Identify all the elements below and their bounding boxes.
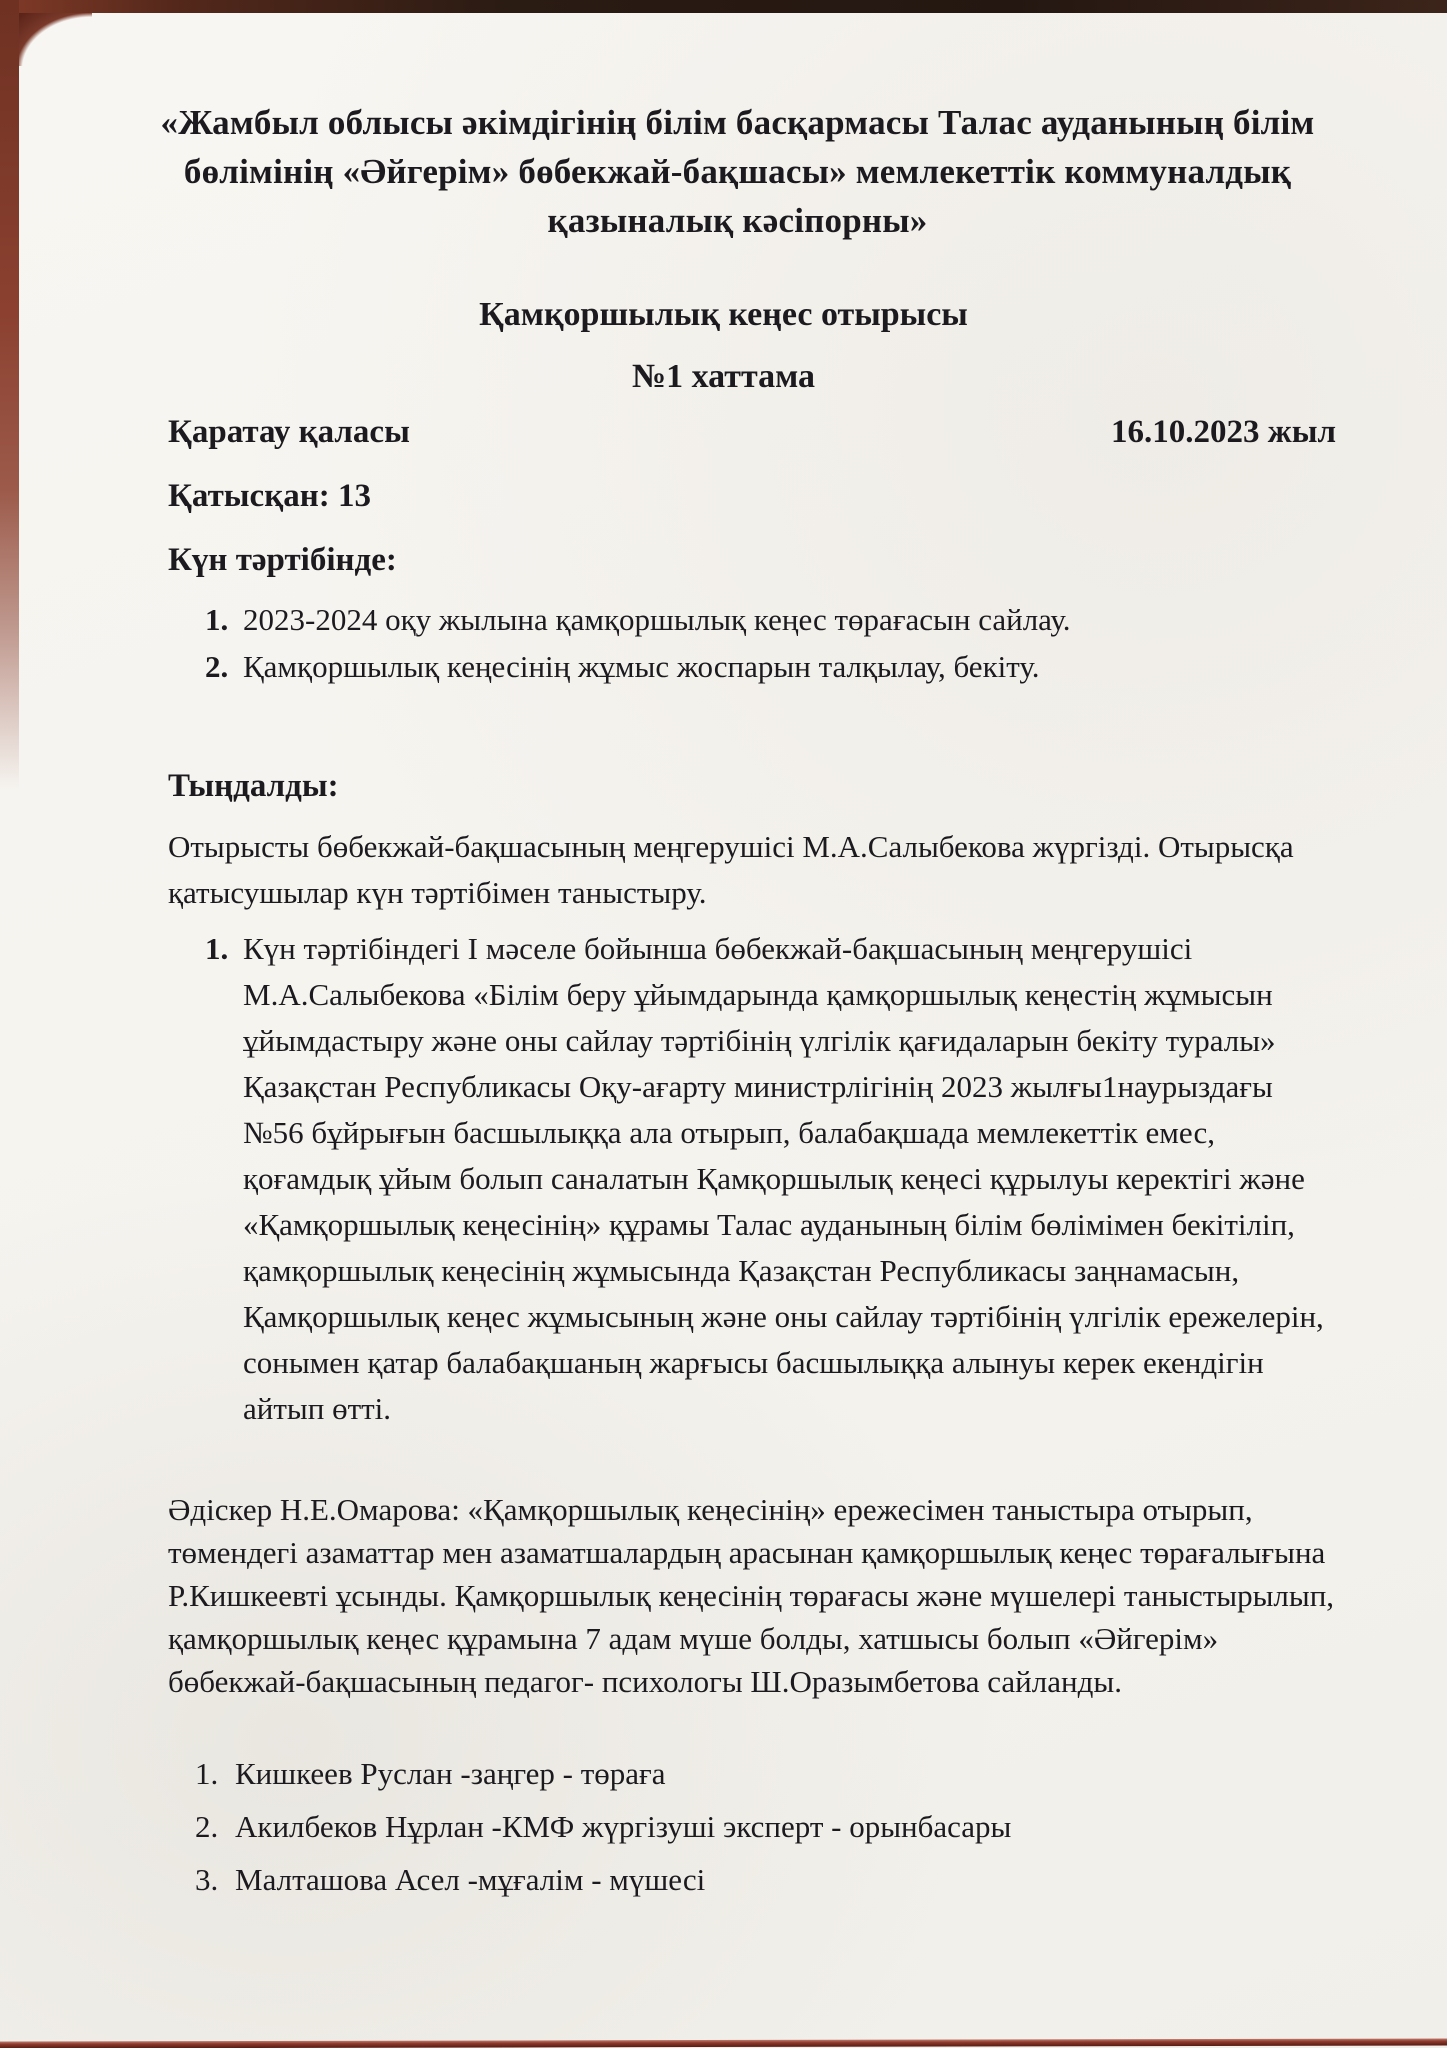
- meta-row: Қаратау қаласы 16.10.2023 жыл: [168, 414, 1336, 451]
- member-number: 3.: [195, 1858, 235, 1901]
- member-text: Кишкеев Руслан -заңгер - төраға: [235, 1752, 666, 1795]
- member-number: 1.: [195, 1752, 235, 1795]
- scanned-page: «Жамбыл облысы әкімдігінің білім басқарм…: [0, 0, 1447, 2048]
- document-title: «Жамбыл облысы әкімдігінің білім басқарм…: [130, 98, 1345, 245]
- member-item: 2. Акилбеков Нұрлан -КМФ жүргізуші экспе…: [195, 1805, 1375, 1848]
- agenda-item-text: 2023-2024 оқу жылына қамқоршылық кеңес т…: [243, 596, 1071, 643]
- resolution-item-text: Күн тәртібіндегі І мәселе бойынша бөбекж…: [243, 926, 1337, 1432]
- resolution-item-number: 1.: [205, 926, 243, 1432]
- agenda-item-number: 1.: [205, 596, 243, 643]
- scan-edge-top: [0, 0, 1447, 13]
- agenda-list: 1. 2023-2024 оқу жылына қамқоршылық кеңе…: [205, 596, 1335, 690]
- members-list: 1. Кишкеев Руслан -заңгер - төраға 2. Ак…: [195, 1752, 1375, 1911]
- protocol-number: №1 хаттама: [0, 358, 1447, 396]
- member-text: Акилбеков Нұрлан -КМФ жүргізуші эксперт …: [235, 1805, 1011, 1848]
- methodist-paragraph: Әдіскер Н.Е.Омарова: «Қамқоршылық кеңесі…: [168, 1488, 1343, 1703]
- member-text: Малташова Асел -мұғалім - мүшесі: [235, 1858, 705, 1901]
- agenda-item-number: 2.: [205, 643, 243, 690]
- agenda-item: 1. 2023-2024 оқу жылына қамқоршылық кеңе…: [205, 596, 1335, 643]
- agenda-item-text: Қамқоршылық кеңесінің жұмыс жоспарын тал…: [243, 643, 1040, 690]
- attendance-count: Қатысқан: 13: [168, 478, 371, 515]
- resolution-item-1: 1. Күн тәртібіндегі І мәселе бойынша бөб…: [205, 926, 1337, 1432]
- member-number: 2.: [195, 1805, 235, 1848]
- scan-edge-left: [0, 0, 19, 790]
- heard-heading: Тыңдалды:: [168, 768, 339, 805]
- date-label: 16.10.2023 жыл: [1111, 414, 1336, 451]
- city-label: Қаратау қаласы: [168, 414, 410, 451]
- member-item: 1. Кишкеев Руслан -заңгер - төраға: [195, 1752, 1375, 1795]
- intro-paragraph: Отырысты бөбекжай-бақшасының меңгерушісі…: [168, 824, 1298, 916]
- member-item: 3. Малташова Асел -мұғалім - мүшесі: [195, 1858, 1375, 1901]
- agenda-heading: Күн тәртібінде:: [168, 542, 397, 579]
- meeting-title: Қамқоршылық кеңес отырысы: [0, 296, 1447, 334]
- agenda-item: 2. Қамқоршылық кеңесінің жұмыс жоспарын …: [205, 643, 1335, 690]
